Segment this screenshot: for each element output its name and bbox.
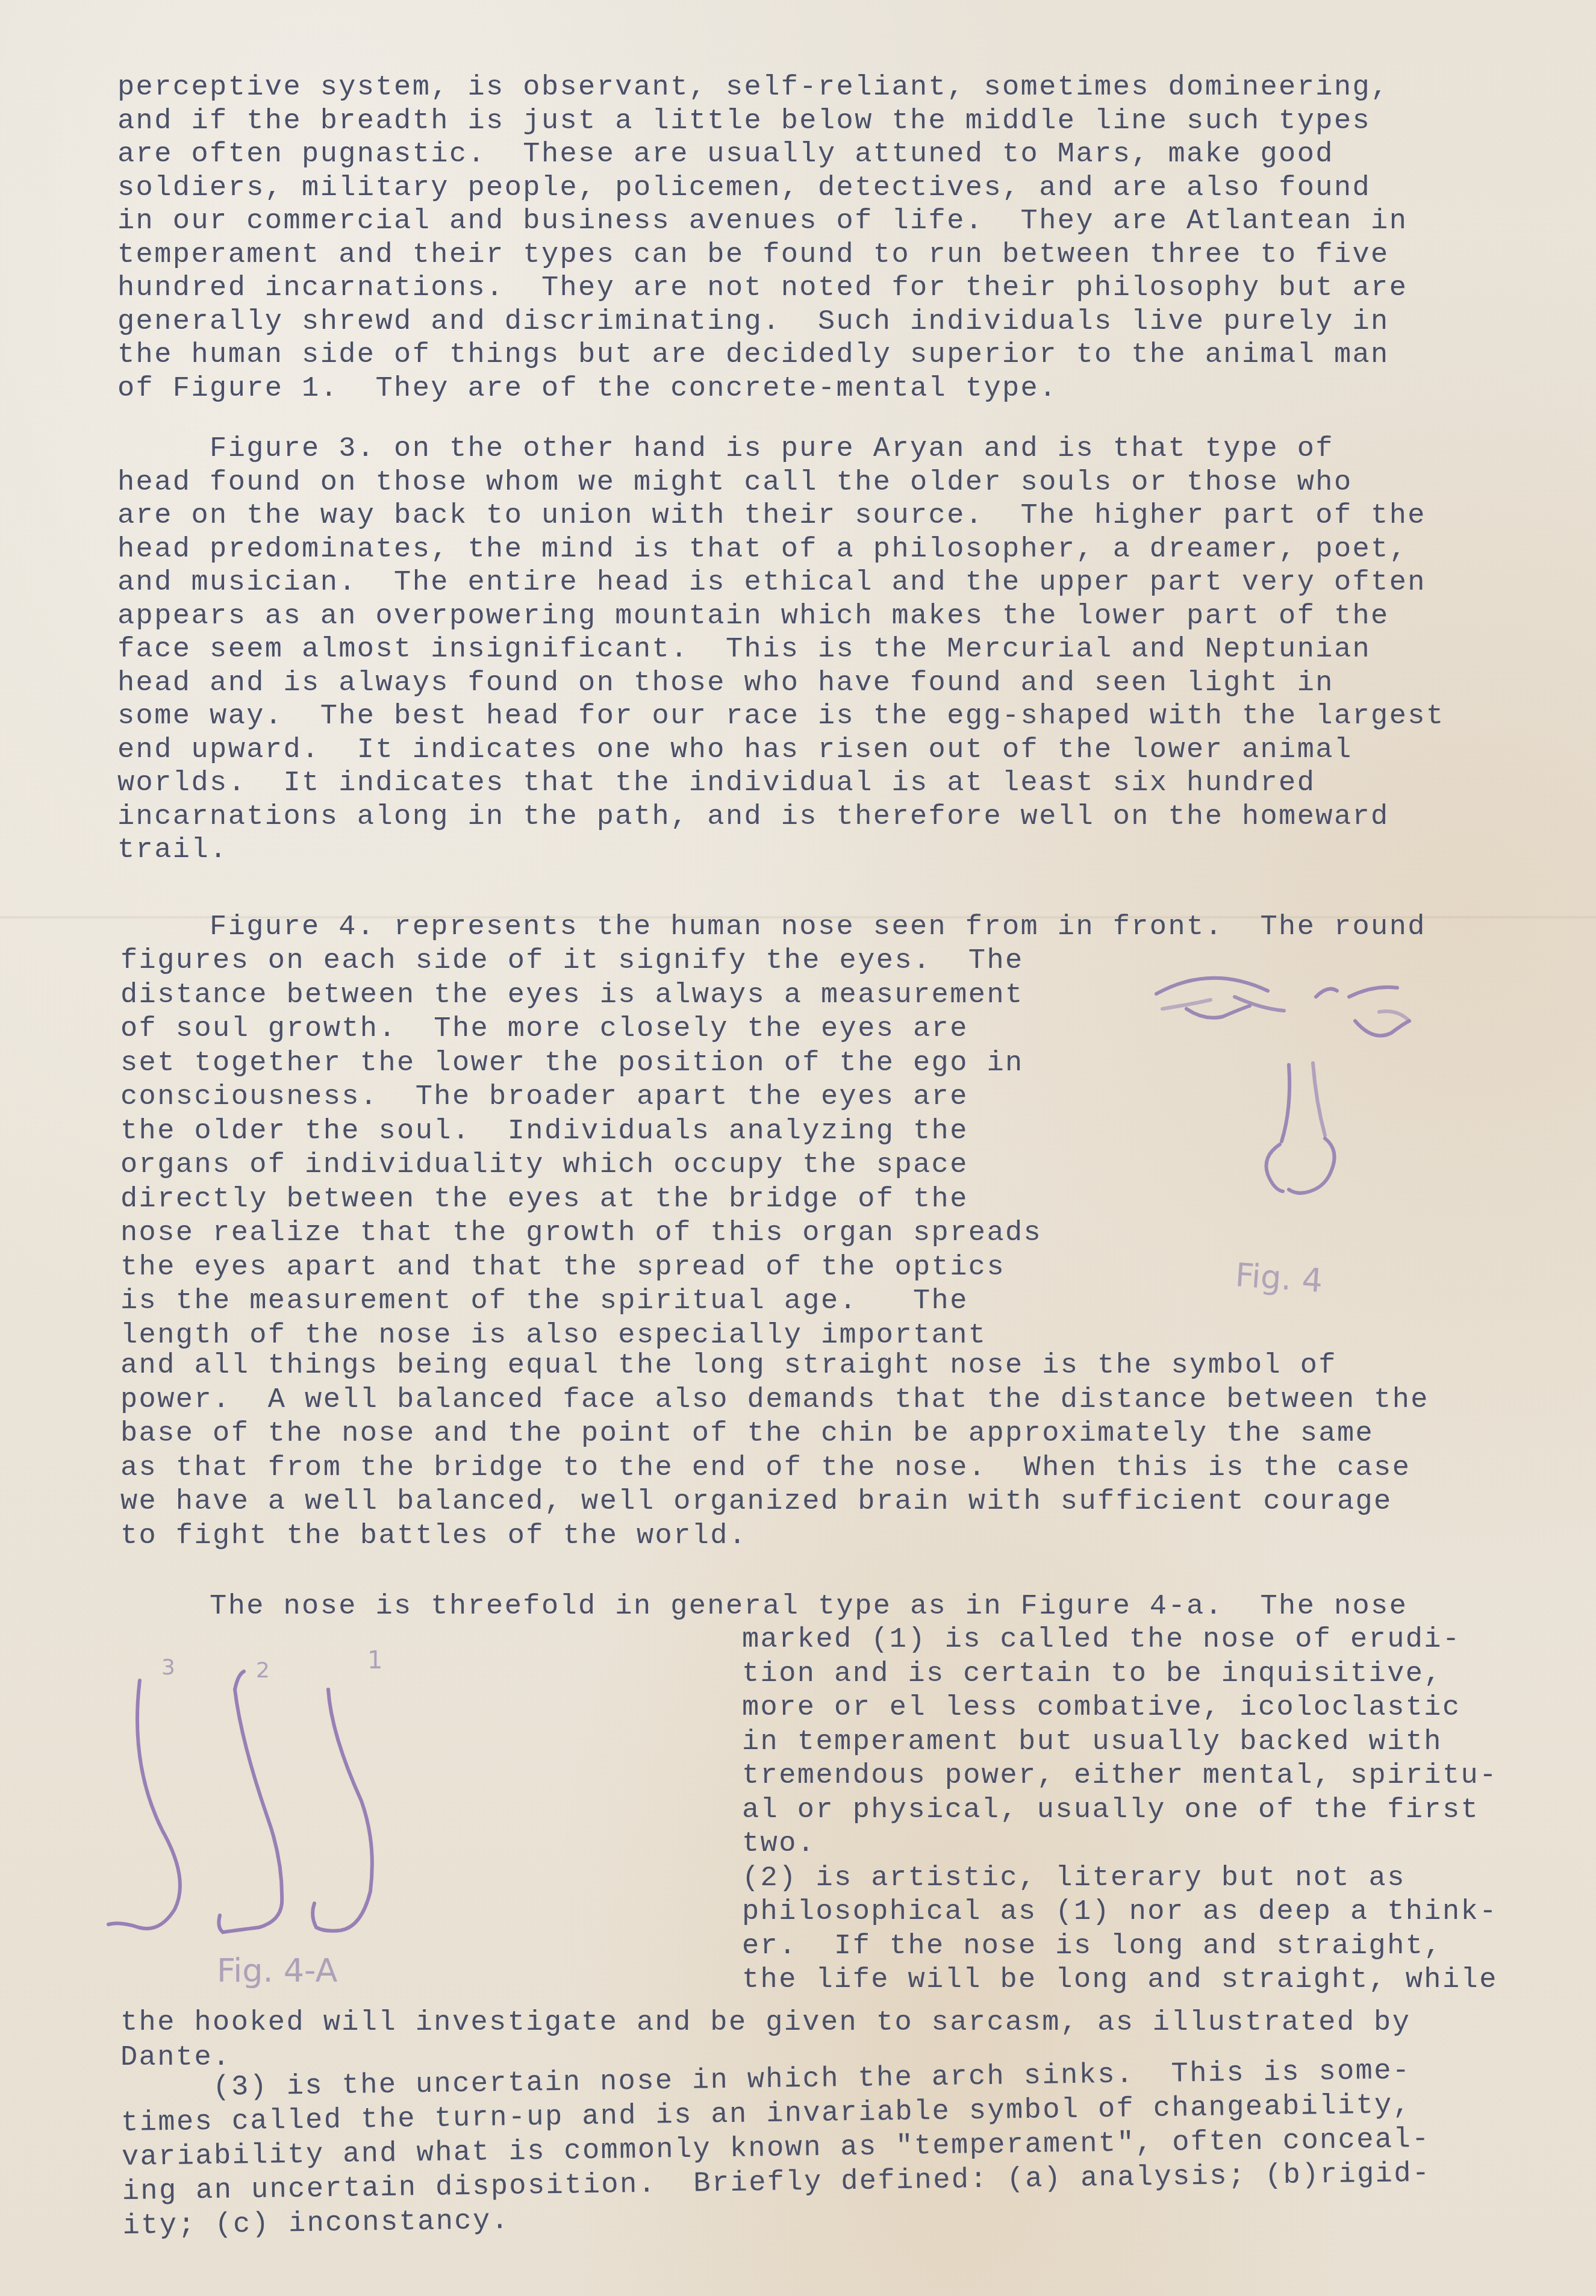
text-line: head predominates, the mind is that of a… [117, 533, 1445, 567]
paragraph-figure-4-continued: and all things being equal the long stra… [120, 1349, 1429, 1553]
text-line: we have a well balanced, well organized … [120, 1485, 1429, 1520]
paragraph-uncertain-nose: (3) is the uncertain nose in which the a… [120, 2054, 1432, 2244]
paragraph-nose-types-first-line: The nose is threefold in general type as… [117, 1590, 1407, 1624]
text-line: base of the nose and the point of the ch… [120, 1417, 1429, 1452]
text-line: the hooked will investigate and be given… [120, 2006, 1411, 2041]
text-line: the life will be long and straight, whil… [742, 1964, 1498, 1998]
text-line: to fight the battles of the world. [120, 1520, 1429, 1554]
text-line: trail. [117, 834, 1445, 867]
text-line: generally shrewd and discriminating. Suc… [117, 305, 1407, 339]
text-line: as that from the bridge to the end of th… [120, 1452, 1429, 1486]
figure-4-sketch: Fig. 4 [1144, 964, 1518, 1337]
text-line: head found on those whom we might call t… [117, 466, 1445, 500]
text-line: marked (1) is called the nose of erudi- [742, 1623, 1498, 1658]
paragraph-figure-4-first-line: Figure 4. represents the human nose seen… [117, 911, 1426, 944]
paragraph-figure-4-wrapped: figures on each side of it signify the e… [120, 944, 1042, 1353]
text-line: and all things being equal the long stra… [120, 1349, 1429, 1384]
text-line: hundred incarnations. They are not noted… [117, 272, 1407, 305]
profile-number-2: 2 [256, 1658, 270, 1683]
paragraph-perceptive-type: perceptive system, is observant, self-re… [117, 71, 1407, 405]
text-line: the eyes apart and that the spread of th… [120, 1251, 1042, 1285]
nose-profiles-drawing: 3 2 1 Fig. 4-A [102, 1644, 735, 1994]
text-line: the human side of things but are decided… [117, 338, 1407, 372]
text-line: er. If the nose is long and straight, [742, 1930, 1498, 1964]
text-line: nose realize that the growth of this org… [120, 1217, 1042, 1251]
text-line: are often pugnastic. These are usually a… [117, 138, 1407, 172]
text-line: appears as an overpowering mountain whic… [117, 600, 1445, 634]
text-line: philosophical as (1) nor as deep a think… [742, 1895, 1498, 1930]
text-line: is the measurement of the spiritual age.… [120, 1285, 1042, 1319]
text-line: end upward. It indicates one who has ris… [117, 734, 1445, 767]
text-line: face seem almost insignificant. This is … [117, 633, 1445, 667]
text-line: head and is always found on those who ha… [117, 667, 1445, 700]
text-line: of soul growth. The more closely the eye… [120, 1012, 1042, 1047]
text-line: al or physical, usually one of the first [742, 1794, 1498, 1828]
text-line: power. A well balanced face also demands… [120, 1384, 1429, 1418]
text-line: set together the lower the position of t… [120, 1047, 1042, 1081]
text-line: figures on each side of it signify the e… [120, 944, 1042, 979]
text-line: tion and is certain to be inquisitive, [742, 1658, 1498, 1692]
text-line: of Figure 1. They are of the concrete-me… [117, 372, 1407, 406]
text-line: soldiers, military people, policemen, de… [117, 172, 1407, 205]
text-line: Figure 3. on the other hand is pure Arya… [117, 432, 1445, 466]
paragraph-nose-types-wrapped: marked (1) is called the nose of erudi-t… [742, 1623, 1498, 1998]
figure-4a-label: Fig. 4-A [217, 1951, 337, 1989]
text-line: worlds. It indicates that the individual… [117, 767, 1445, 800]
text-line: in temperament but usually backed with [742, 1726, 1498, 1760]
figure-4-label: Fig. 4 [1234, 1256, 1324, 1300]
text-line: incarnations along in the path, and is t… [117, 800, 1445, 834]
profile-number-3: 3 [161, 1655, 175, 1680]
text-line: consciousness. The broader apart the eye… [120, 1081, 1042, 1115]
text-line: temperament and their types can be found… [117, 239, 1407, 272]
profile-number-1: 1 [367, 1647, 382, 1674]
text-line: (2) is artistic, literary but not as [742, 1862, 1498, 1896]
text-line: in our commercial and business avenues o… [117, 205, 1407, 239]
text-line: and musician. The entire head is ethical… [117, 566, 1445, 600]
text-line: two. [742, 1827, 1498, 1862]
paragraph-figure-3: Figure 3. on the other hand is pure Arya… [117, 432, 1445, 867]
text-line: are on the way back to union with their … [117, 499, 1445, 533]
text-line: some way. The best head for our race is … [117, 700, 1445, 734]
text-line: organs of individuality which occupy the… [120, 1149, 1042, 1183]
text-line: perceptive system, is observant, self-re… [117, 71, 1407, 105]
text-line: length of the nose is also especially im… [120, 1319, 1042, 1353]
text-line: more or el less combative, icoloclastic [742, 1691, 1498, 1726]
nose-front-view-drawing: Fig. 4 [1144, 964, 1518, 1337]
text-line: the older the soul. Individuals analyzin… [120, 1115, 1042, 1149]
text-line: and if the breadth is just a little belo… [117, 105, 1407, 139]
text-line: tremendous power, either mental, spiritu… [742, 1759, 1498, 1794]
text-line: directly between the eyes at the bridge … [120, 1183, 1042, 1217]
text-line: distance between the eyes is always a me… [120, 979, 1042, 1013]
figure-4a-sketch: 3 2 1 Fig. 4-A [102, 1644, 735, 1994]
